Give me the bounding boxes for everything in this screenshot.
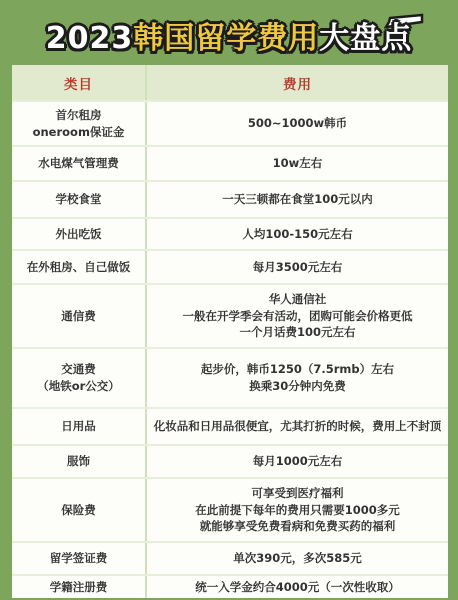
cost-cell: 化妆品和日用品很便宜，尤其打折的时候，费用上不封顶	[147, 409, 448, 444]
category-cell: 水电煤气管理费	[12, 147, 147, 180]
category-text: 水电煤气管理费	[34, 155, 123, 172]
category-text: 留学签证费	[46, 550, 112, 567]
category-cell: 交通费 （地铁or公交）	[12, 349, 147, 407]
category-cell: 学校食堂	[12, 182, 147, 217]
title-highlight: 韩国留学费用	[133, 21, 319, 56]
table-row: 通信费 华人通信社 一般在开学季会有活动，团购可能会价格更低 一个月话费100元…	[12, 283, 448, 347]
category-cell: 外出吃饭	[12, 219, 147, 249]
title-suffix: 大盘点	[319, 21, 412, 56]
table-row: 水电煤气管理费 10w左右	[12, 145, 448, 180]
category-cell: 学籍注册费	[12, 576, 147, 598]
category-text: 通信费	[57, 308, 100, 325]
category-text: 服饰	[63, 453, 94, 470]
cost-text: 10w左右	[269, 155, 327, 172]
table-row: 在外租房、自己做饭 每月3500元左右	[12, 249, 448, 283]
table-row: 保险费 可享受到医疗福利 在此前提下每年的费用只需要1000多元 就能够享受免费…	[12, 477, 448, 541]
cost-text: 每月3500元左右	[249, 259, 347, 276]
cost-text: 起步价，韩币1250（7.5rmb）左右 换乘30分钟内免费	[197, 361, 398, 394]
category-text: 交通费 （地铁or公交）	[33, 361, 124, 394]
page-title: 2023韩国留学费用大盘点	[0, 13, 458, 57]
cost-text: 华人通信社 一般在开学季会有活动，团购可能会价格更低 一个月话费100元左右	[179, 291, 417, 341]
cost-cell: 一天三顿都在食堂100元以内	[147, 182, 448, 217]
category-cell: 通信费	[12, 285, 147, 347]
cost-cell: 华人通信社 一般在开学季会有活动，团购可能会价格更低 一个月话费100元左右	[147, 285, 448, 347]
table-row: 学籍注册费 统一入学金约合4000元（一次性收取）	[12, 574, 448, 598]
cost-text: 化妆品和日用品很便宜，尤其打折的时候，费用上不封顶	[150, 418, 446, 435]
category-cell: 在外租房、自己做饭	[12, 251, 147, 283]
category-text: 日用品	[57, 418, 100, 435]
cost-text: 人均100-150元左右	[238, 226, 356, 243]
table-row: 外出吃饭 人均100-150元左右	[12, 217, 448, 249]
table-row: 首尔租房 oneroom保证金 500~1000w韩币	[12, 100, 448, 145]
category-text: 在外租房、自己做饭	[23, 259, 135, 276]
cost-cell: 可享受到医疗福利 在此前提下每年的费用只需要1000多元 就能够享受免费看病和免…	[147, 479, 448, 541]
table-row: 留学签证费 单次390元，多次585元	[12, 541, 448, 574]
cost-text: 每月1000元左右	[249, 453, 347, 470]
cost-cell: 每月3500元左右	[147, 251, 448, 283]
table-row: 日用品 化妆品和日用品很便宜，尤其打折的时候，费用上不封顶	[12, 407, 448, 444]
cost-text: 一天三顿都在食堂100元以内	[218, 191, 377, 208]
cost-cell: 起步价，韩币1250（7.5rmb）左右 换乘30分钟内免费	[147, 349, 448, 407]
cost-text: 单次390元，多次585元	[229, 550, 366, 567]
category-cell: 服饰	[12, 446, 147, 477]
category-cell: 留学签证费	[12, 543, 147, 574]
title-year: 2023	[46, 21, 134, 56]
table-row: 服饰 每月1000元左右	[12, 444, 448, 477]
cost-cell: 单次390元，多次585元	[147, 543, 448, 574]
category-text: 首尔租房 oneroom保证金	[29, 107, 129, 140]
category-cell: 保险费	[12, 479, 147, 541]
category-text: 保险费	[57, 502, 100, 519]
cost-cell: 500~1000w韩币	[147, 102, 448, 145]
cost-text: 可享受到医疗福利 在此前提下每年的费用只需要1000多元 就能够享受免费看病和免…	[191, 485, 404, 535]
category-text: 外出吃饭	[52, 226, 106, 243]
cost-cell: 每月1000元左右	[147, 446, 448, 477]
fee-table: 类目 费用 首尔租房 oneroom保证金 500~1000w韩币 水电煤气管理…	[12, 65, 448, 598]
cost-text: 统一入学金约合4000元（一次性收取）	[191, 579, 404, 596]
category-cell: 首尔租房 oneroom保证金	[12, 102, 147, 145]
category-text: 学校食堂	[52, 191, 106, 208]
category-text: 学籍注册费	[46, 579, 112, 596]
category-cell: 日用品	[12, 409, 147, 444]
header-category: 类目	[12, 65, 147, 100]
cost-cell: 人均100-150元左右	[147, 219, 448, 249]
cost-text: 500~1000w韩币	[244, 115, 351, 132]
table-row: 交通费 （地铁or公交） 起步价，韩币1250（7.5rmb）左右 换乘30分钟…	[12, 347, 448, 407]
cost-cell: 10w左右	[147, 147, 448, 180]
cost-cell: 统一入学金约合4000元（一次性收取）	[147, 576, 448, 598]
poster-canvas: 2023韩国留学费用大盘点 类目 费用 首尔租房 oneroom保证金 500~…	[0, 0, 458, 600]
table-row: 学校食堂 一天三顿都在食堂100元以内	[12, 180, 448, 217]
table-header-row: 类目 费用	[12, 65, 448, 100]
header-cost: 费用	[147, 65, 448, 100]
